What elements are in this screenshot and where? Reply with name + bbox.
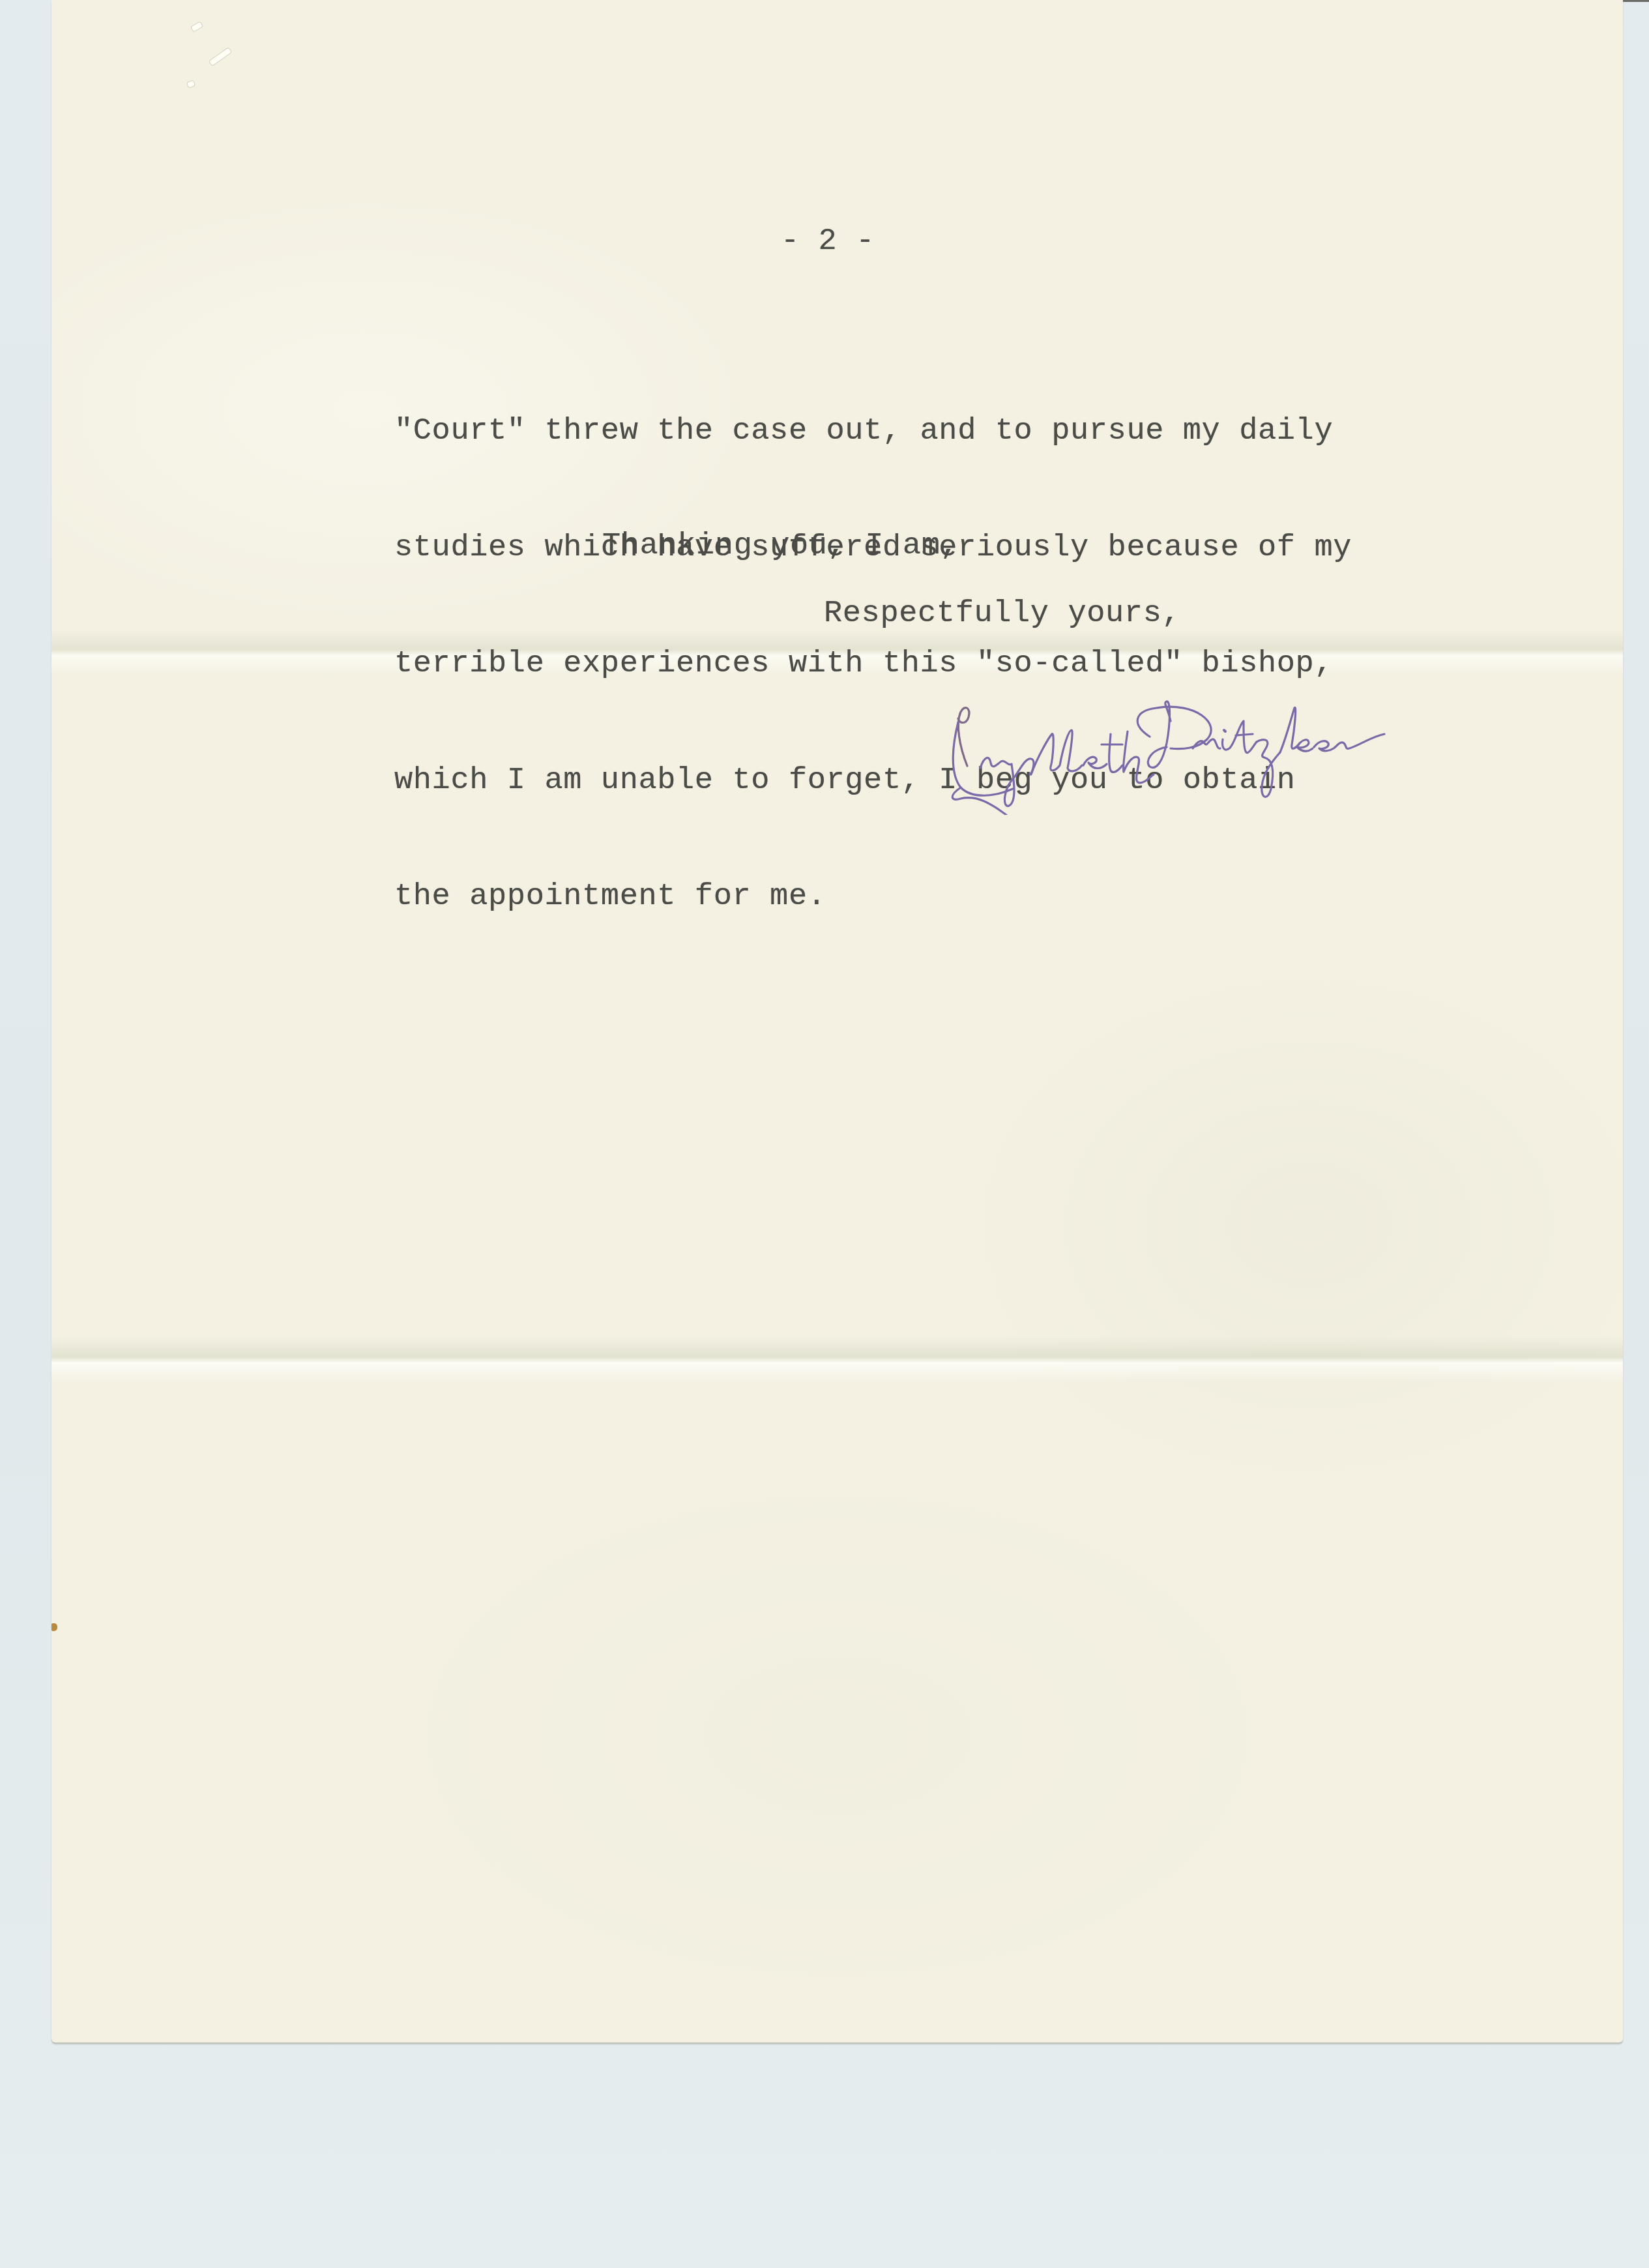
- staple-hole-mark: [209, 47, 233, 66]
- valediction: Respectfully yours,: [824, 598, 1180, 629]
- letter-page: - 2 - "Court" threw the case out, and to…: [51, 0, 1623, 2042]
- handwritten-signature: Elizabeth Pritzker: [935, 685, 1649, 815]
- body-line: "Court" threw the case out, and to pursu…: [394, 412, 1352, 451]
- page-number: - 2 -: [781, 226, 875, 257]
- scanner-edge-strip: [1623, 0, 1649, 2]
- body-line: terrible experiences with this "so-calle…: [394, 645, 1352, 684]
- staple-hole-mark: [190, 21, 204, 33]
- edge-stain: [51, 1623, 57, 1631]
- closing-line: Thanking you, I am,: [602, 531, 959, 561]
- letter-body: "Court" threw the case out, and to pursu…: [394, 334, 1352, 994]
- body-line: the appointment for me.: [394, 877, 1352, 917]
- staple-hole-mark: [186, 80, 196, 89]
- fold-crease-lower: [51, 1336, 1623, 1382]
- signature-ink-icon: [935, 685, 1649, 815]
